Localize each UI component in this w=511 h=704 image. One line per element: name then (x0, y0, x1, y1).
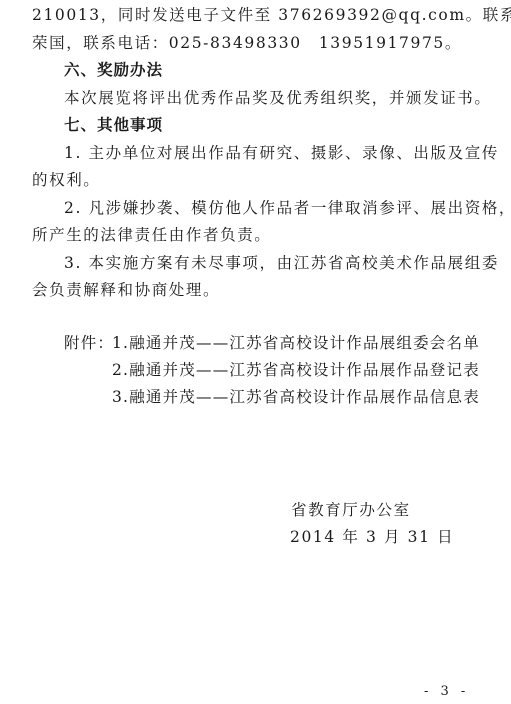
signature-date: 2014 年 3 月 31 日 (290, 527, 454, 547)
attachment-item-2: 2.融通并茂——江苏省高校设计作品展作品登记表 (112, 360, 480, 380)
section-7-item-1-line-2: 的权利。 (32, 170, 100, 190)
section-7-heading: 七、其他事项 (64, 115, 163, 135)
section-7-item-2-line-1: 2. 凡涉嫌抄袭、模仿他人作品者一律取消参评、展出资格， (64, 198, 511, 218)
section-6-heading: 六、奖励办法 (64, 60, 163, 80)
attachment-item-1: 1.融通并茂——江苏省高校设计作品展组委会名单 (112, 333, 480, 353)
section-7-item-2-line-2: 所产生的法律责任由作者负责。 (32, 225, 271, 245)
section-7-item-3-line-1: 3. 本实施方案有未尽事项，由江苏省高校美术作品展组委 (64, 253, 499, 273)
contact-line-1: 210013，同时发送电子文件至 376269392@qq.com。联系人：李 (32, 5, 511, 25)
page-number: - 3 - (424, 684, 469, 700)
attachment-item-3: 3.融通并茂——江苏省高校设计作品展作品信息表 (112, 387, 480, 407)
section-7-item-1-line-1: 1. 主办单位对展出作品有研究、摄影、录像、出版及宣传 (64, 143, 499, 163)
section-7-item-3-line-2: 会负责解释和协商处理。 (32, 280, 220, 300)
section-6-body: 本次展览将评出优秀作品奖及优秀组织奖，并颁发证书。 (64, 88, 492, 108)
signature-office: 省教育厅办公室 (291, 500, 411, 520)
contact-line-2: 荣国，联系电话：025-83498330 13951917975。 (32, 33, 462, 53)
attachments-label: 附件： (64, 333, 114, 353)
